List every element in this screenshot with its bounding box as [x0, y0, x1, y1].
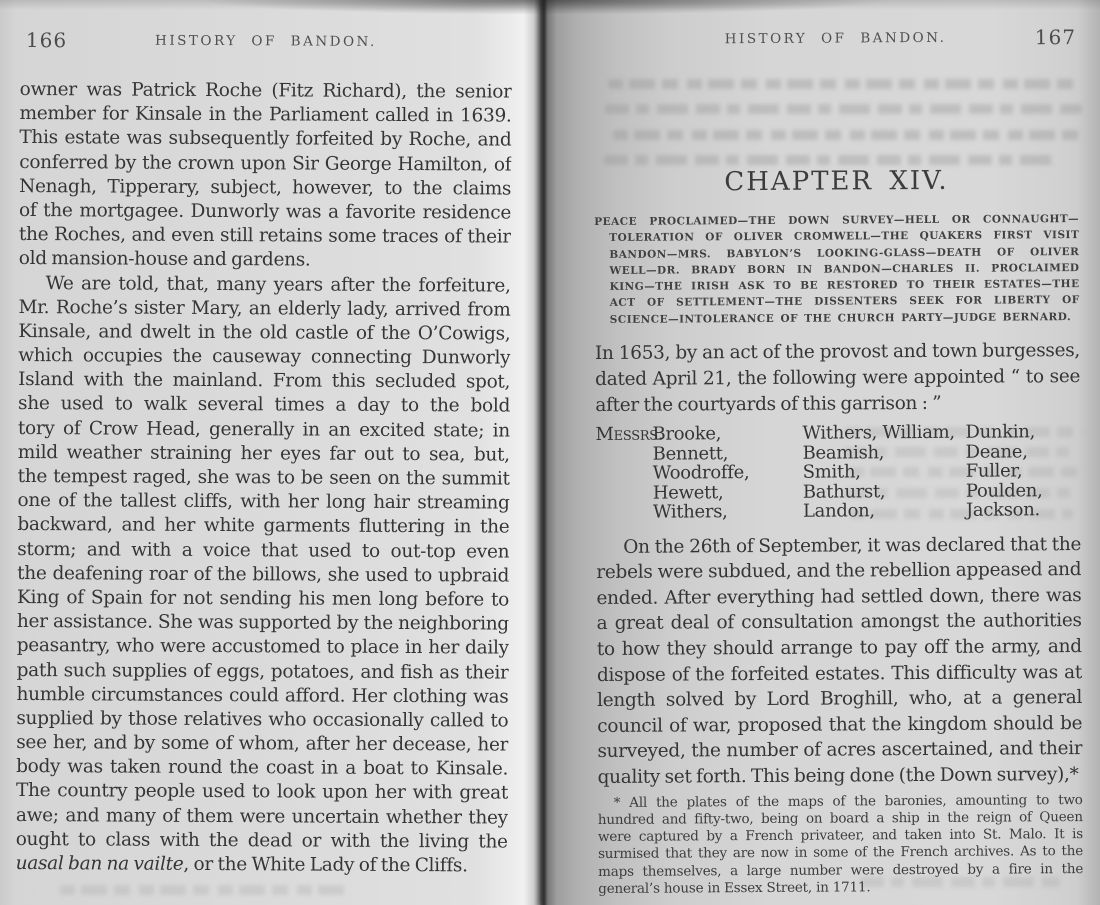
text-line: King of Spain for not sending his men lo…: [17, 586, 509, 613]
name-cell: Withers, William,: [802, 423, 965, 443]
name-cell: Beamish,: [803, 442, 966, 462]
chapter-summary: PEACE PROCLAIMED—THE DOWN SURVEY—HELL OR…: [594, 211, 1080, 328]
footnote: * All the plates of the maps of the baro…: [598, 792, 1084, 899]
text-line: which occupies the causeway connecting D…: [18, 344, 510, 371]
names-label: [596, 464, 653, 484]
running-title-left: HISTORY OF BANDON.: [20, 32, 512, 51]
name-cell: Jackson.: [966, 500, 1081, 520]
name-cell: Withers, Nicholas,: [653, 502, 803, 522]
text-line: Nenagh, Tipperary, subject, however, to …: [19, 175, 511, 202]
gutter-crease-shadow: [539, 0, 543, 905]
text-line: council of war, proposed that the kingdo…: [597, 711, 1082, 740]
name-cell: Poulden,: [966, 481, 1081, 501]
names-label: Messrs.: [595, 425, 652, 445]
page-number-right: 167: [1035, 25, 1076, 49]
names-label: [596, 503, 653, 523]
text-line: dispose of the forfeited estates. This d…: [597, 660, 1082, 689]
text-line: quality set forth. This being done (the …: [598, 762, 1083, 791]
name-cell: Landon,: [803, 501, 966, 521]
text-line: of the mortgagee. Dunworly was a favorit…: [19, 199, 511, 226]
text-line: Island with the mainland. From this secl…: [18, 368, 510, 395]
text-line: see her, and by some of whom, after her …: [16, 731, 508, 758]
text-line: The country people used to look upon her…: [16, 779, 508, 806]
bleedthrough-text: [60, 885, 350, 895]
text-line: peasantry, who were accustomed to place …: [17, 634, 509, 661]
body-text-left: owner was Patrick Roche (Fitz Richard), …: [16, 78, 512, 879]
text-line: the deafening roar of the billows, she u…: [17, 562, 509, 589]
name-cell: Fuller,: [966, 461, 1081, 481]
running-title-right: HISTORY OF BANDON.: [593, 29, 1078, 48]
text-line: In 1653, by an act of the provost and to…: [595, 338, 1080, 367]
page-right: HISTORY OF BANDON. 167 CHAPTER XIV. PEAC…: [593, 25, 1083, 898]
text-line: awe; and many of them were uncertain whe…: [16, 804, 508, 831]
name-cell: Smith,: [803, 462, 966, 482]
text-line: mild weather straining her eyes far out …: [18, 441, 510, 468]
text-line: backward, and her white garments flutter…: [17, 513, 509, 540]
text-line: We are told, that, many years after the …: [19, 271, 511, 298]
text-line: surveyed, the number of acres ascertaine…: [597, 736, 1082, 765]
name-cell: Bathurst,: [803, 481, 966, 501]
text-line: the Roches, and even still retains some …: [19, 223, 511, 250]
text-line: body was taken round the coast in a boat…: [16, 755, 508, 782]
name-cell: Bennett,: [653, 443, 803, 463]
text-line: path such supplies of eggs, potatoes, an…: [17, 658, 509, 685]
text-line: a great deal of consultation amongst the…: [597, 608, 1082, 637]
name-cell: Deane,: [966, 442, 1081, 462]
names-label: [596, 444, 653, 464]
text-line: owner was Patrick Roche (Fitz Richard), …: [20, 78, 512, 105]
text-line: length solved by Lord Broghill, who, at …: [597, 685, 1082, 714]
text-line: humble circumstances could afford. Her c…: [16, 683, 508, 710]
text-line: SCIENCE—INTOLERANCE OF THE CHURCH PARTY—…: [595, 309, 1080, 328]
text-line: uasal ban na vailte, or the White Lady o…: [16, 852, 508, 879]
text-line: conferred by the crown upon Sir George H…: [19, 151, 511, 178]
text-line: ended. After everything had settled down…: [596, 583, 1081, 612]
text-line: after the courtyards of this garrison : …: [595, 390, 1080, 419]
text-line: dated April 21, the following were appoi…: [595, 364, 1080, 393]
name-cell: Dunkin,: [965, 422, 1080, 442]
text-line: the tempest raged, she was to be seen on…: [18, 465, 510, 492]
name-cell: Woodroffe,: [653, 463, 803, 483]
page-header-left: 166 HISTORY OF BANDON.: [20, 28, 512, 55]
text-line: general’s house in Essex Street, in 1711…: [598, 878, 1083, 898]
names-label: [596, 483, 653, 503]
text-line: one of the tallest cliffs, with her long…: [17, 489, 509, 516]
body-text-right: On the 26th of September, it was declare…: [596, 532, 1083, 791]
text-line: storm; and with a voice that used to out…: [17, 538, 509, 565]
text-line: Kinsale, and dwelt in the old castle of …: [18, 320, 510, 347]
name-cell: Hewett,: [653, 482, 803, 502]
names-list: Messrs.Brooke,Withers, William,Dunkin,Be…: [595, 422, 1081, 522]
text-line: On the 26th of September, it was declare…: [596, 532, 1081, 561]
chapter-opening-paragraph: In 1653, by an act of the provost and to…: [595, 338, 1080, 419]
page-header-right: HISTORY OF BANDON. 167: [593, 25, 1078, 52]
book-scan: 166 HISTORY OF BANDON. owner was Patrick…: [0, 0, 1100, 905]
chapter-heading: CHAPTER XIV.: [594, 165, 1079, 198]
text-line: maps themselves, a large number were des…: [598, 861, 1083, 881]
text-line: her assistance. She was supported by the…: [17, 610, 509, 637]
text-line: she used to walk several times a day to …: [18, 392, 510, 419]
text-line: This estate was subsequently forfeited b…: [19, 126, 511, 153]
text-line: member for Kinsale in the Parliament cal…: [19, 102, 511, 129]
page-left: 166 HISTORY OF BANDON. owner was Patrick…: [16, 28, 512, 879]
text-line: to how they should arrange to pay off th…: [597, 634, 1082, 663]
text-line: rebels were subdued, and the rebellion a…: [596, 557, 1081, 586]
name-cell: Brooke,: [652, 424, 802, 444]
text-line: supplied by those relatives who occasion…: [16, 707, 508, 734]
text-line: Mr. Roche’s sister Mary, an elderly lady…: [18, 296, 510, 323]
scan-top-shadow: [170, 0, 890, 16]
names-row: Withers, Nicholas,Landon,Jackson.: [596, 500, 1081, 522]
text-line: ought to class with the dead or with the…: [16, 828, 508, 855]
text-line: tory of Crow Head, generally in an excit…: [18, 417, 510, 444]
text-line: old mansion-house and gardens.: [19, 247, 511, 274]
